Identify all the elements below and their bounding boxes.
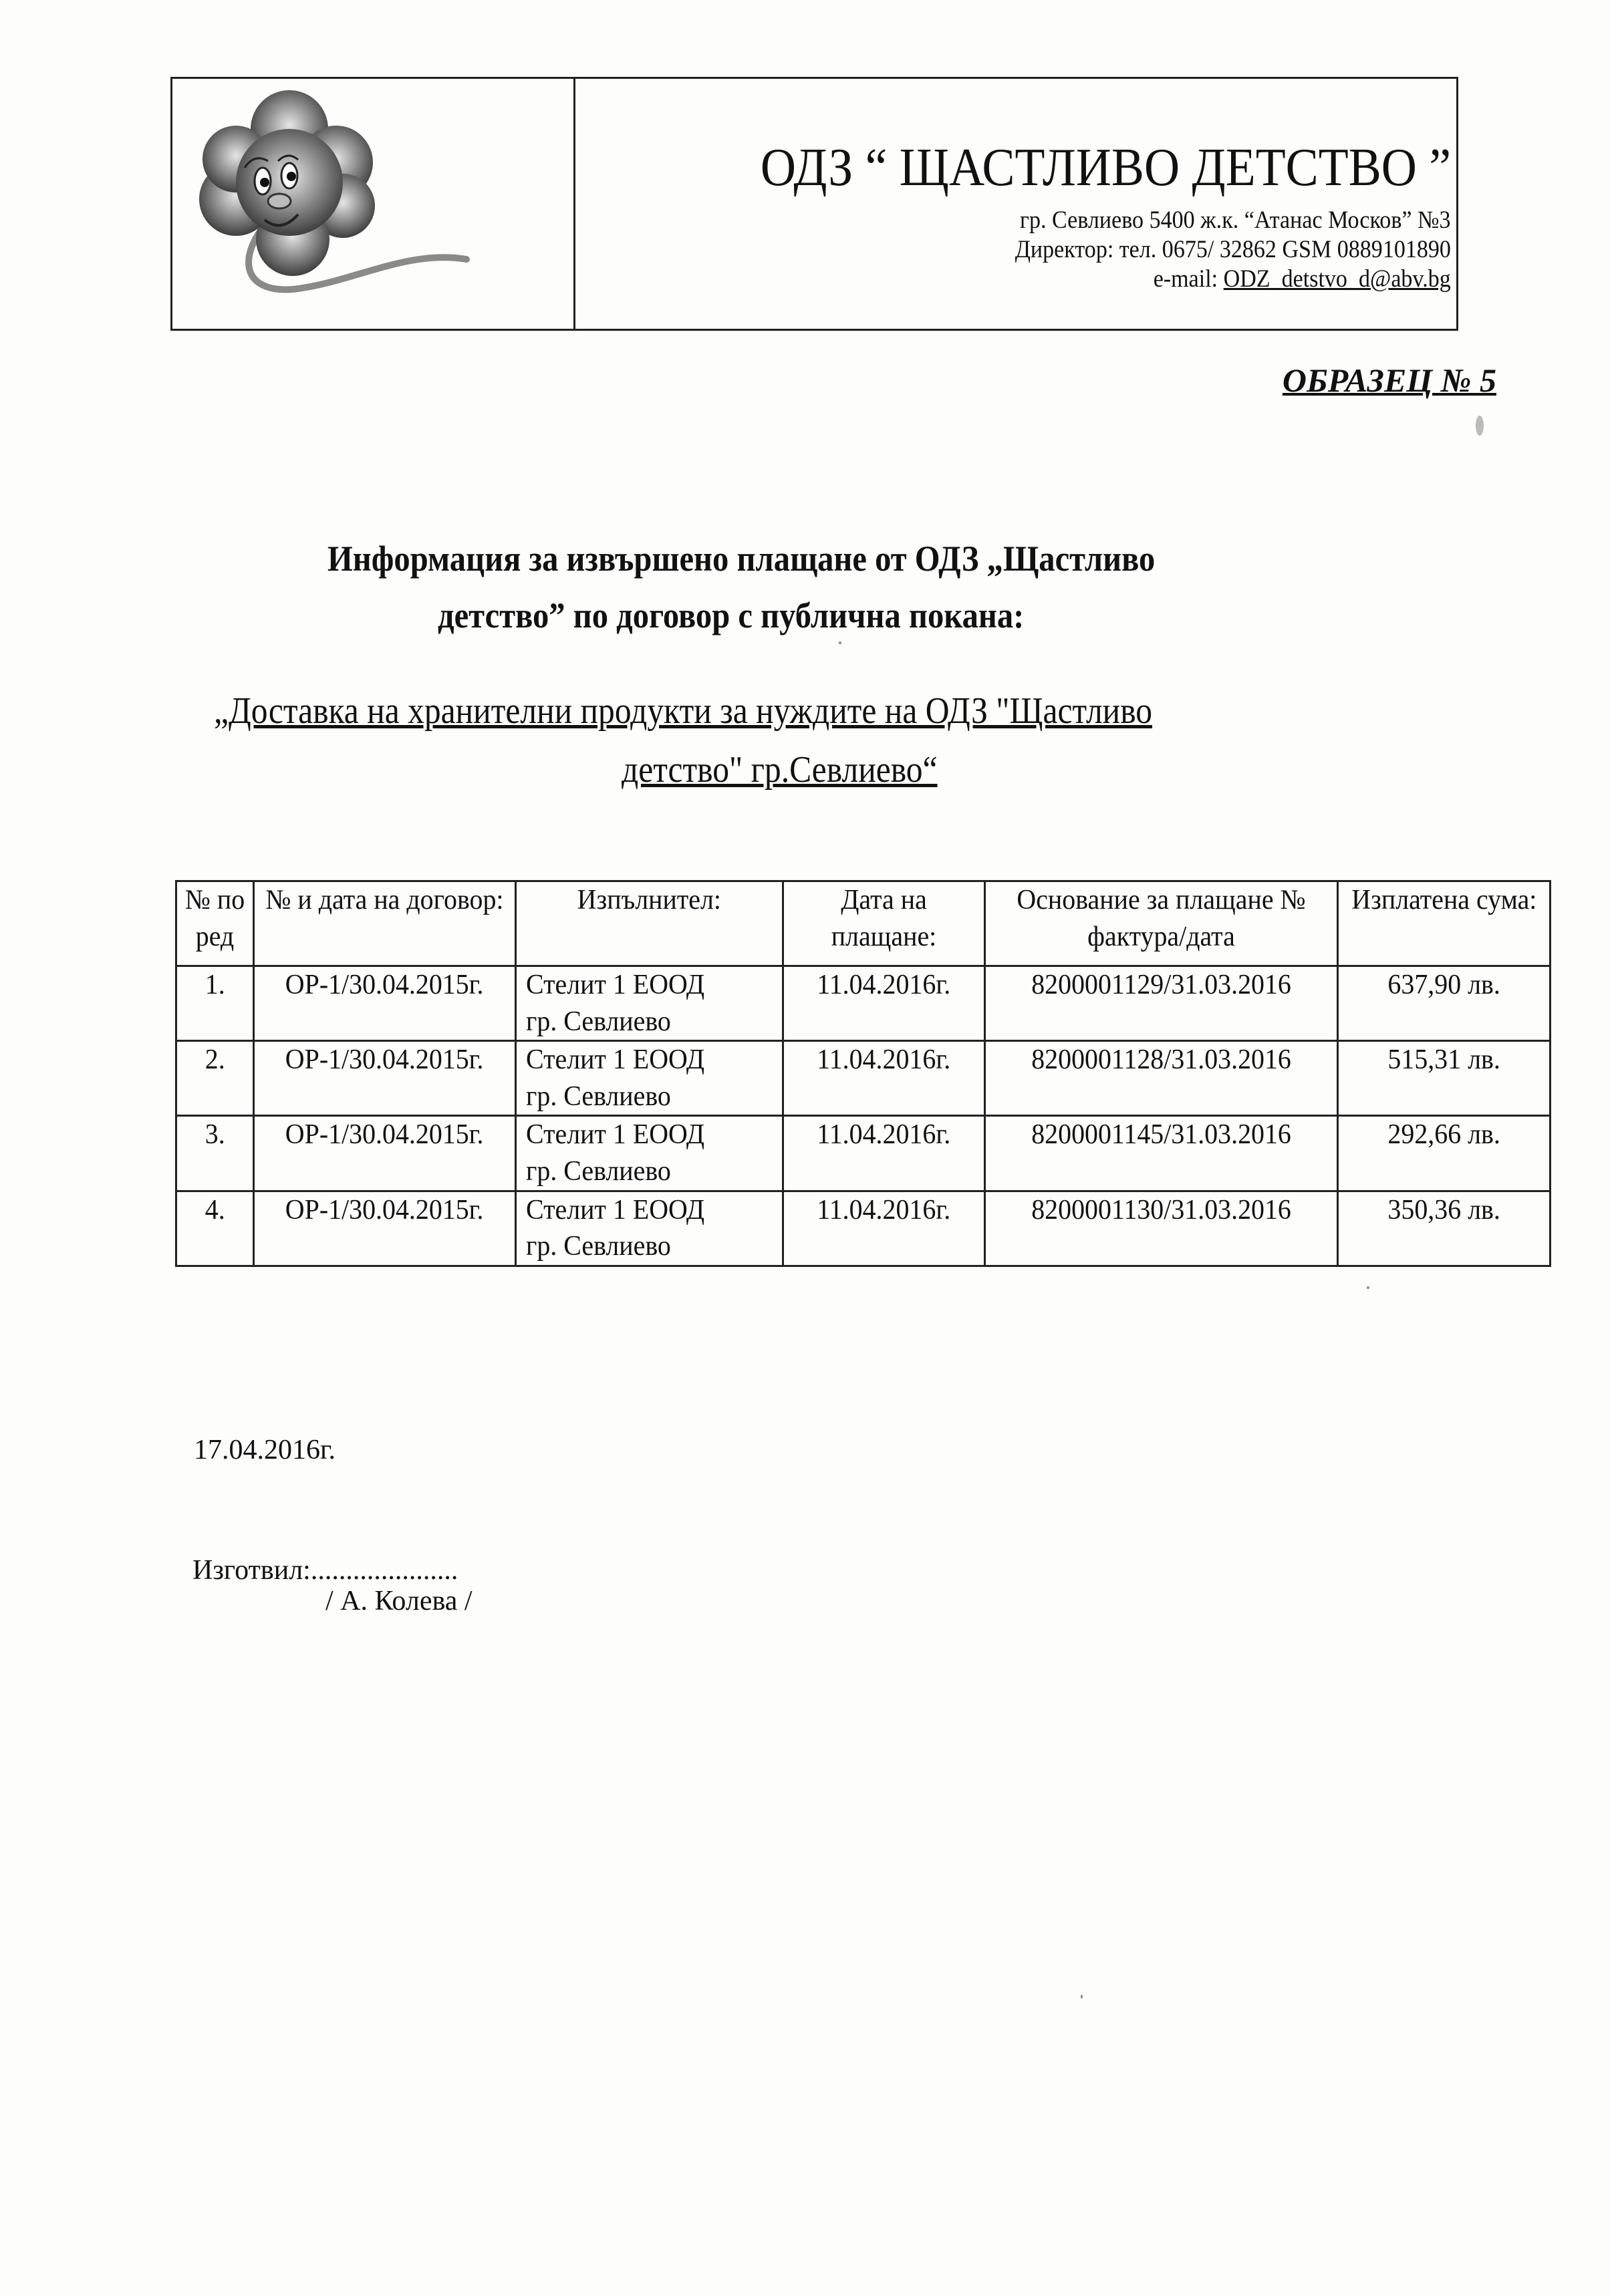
contractor-city: гр. Севлиево xyxy=(526,1004,704,1040)
scan-artifact xyxy=(1367,1286,1369,1289)
table-row: 1.ОР-1/30.04.2015г.Стелит 1 ЕООДгр. Севл… xyxy=(176,966,1551,1041)
document-title-line-2: детство” по договор с публична покана: xyxy=(438,595,1024,636)
prepared-by-label: Изготвил:..................... xyxy=(192,1554,458,1586)
organization-phone: Директор: тел. 0675/ 32862 GSM 088910189… xyxy=(1015,237,1451,262)
cell-payment-date: 11.04.2016г. xyxy=(783,1191,985,1266)
contractor-city: гр. Севлиево xyxy=(526,1079,704,1115)
organization-info: ОДЗ “ ЩАСТЛИВО ДЕТСТВО ” гр. Севлиево 54… xyxy=(575,79,1456,329)
document-date: 17.04.2016г. xyxy=(194,1434,336,1466)
scan-artifact xyxy=(1476,416,1484,436)
smiling-flower-logo-icon xyxy=(179,82,573,329)
email-label: e-mail: xyxy=(1154,265,1224,293)
scan-artifact xyxy=(1081,1995,1083,1999)
preparer-name: / А. Колева / xyxy=(325,1585,473,1617)
cell-contract: ОР-1/30.04.2015г. xyxy=(254,966,516,1041)
cell-payment-date: 11.04.2016г. xyxy=(783,1041,985,1116)
cell-contractor: Стелит 1 ЕООДгр. Севлиево xyxy=(516,966,783,1041)
contractor-name: Стелит 1 ЕООД xyxy=(526,1192,704,1229)
table-header-row: № по ред № и дата на договор: Изпълнител… xyxy=(176,881,1551,966)
cell-contractor: Стелит 1 ЕООДгр. Севлиево xyxy=(516,1116,783,1191)
cell-row-number: 1. xyxy=(176,966,254,1041)
cell-contract: ОР-1/30.04.2015г. xyxy=(254,1116,516,1191)
col-header-amount: Изплатена сума: xyxy=(1338,881,1551,966)
col-header-payment-date: Дата на плащане: xyxy=(783,881,985,966)
cell-contract: ОР-1/30.04.2015г. xyxy=(254,1041,516,1116)
organization-address: гр. Севлиево 5400 ж.к. “Атанас Москов” №… xyxy=(1021,208,1451,233)
cell-invoice: 8200001128/31.03.2016 xyxy=(985,1041,1338,1116)
contractor-city: гр. Севлиево xyxy=(526,1228,704,1265)
col-header-contract: № и дата на договор: xyxy=(254,881,516,966)
table-row: 2.ОР-1/30.04.2015г.Стелит 1 ЕООДгр. Севл… xyxy=(176,1041,1551,1116)
letterhead: ОДЗ “ ЩАСТЛИВО ДЕТСТВО ” гр. Севлиево 54… xyxy=(170,77,1458,331)
cell-row-number: 2. xyxy=(176,1041,254,1116)
cell-row-number: 4. xyxy=(176,1191,254,1266)
sample-number: ОБРАЗЕЦ № 5 xyxy=(1283,361,1496,400)
document-title-line-1: Информация за извършено плащане от ОДЗ „… xyxy=(327,538,1155,579)
scan-artifact xyxy=(839,641,841,644)
cell-contractor: Стелит 1 ЕООДгр. Севлиево xyxy=(516,1191,783,1266)
contract-subject-line-1: „Доставка на хранителни продукти за нужд… xyxy=(214,690,1152,732)
col-header-invoice: Основание за плащане № фактура/дата xyxy=(985,881,1338,966)
cell-contract: ОР-1/30.04.2015г. xyxy=(254,1191,516,1266)
cell-payment-date: 11.04.2016г. xyxy=(783,966,985,1041)
cell-contractor: Стелит 1 ЕООДгр. Севлиево xyxy=(516,1041,783,1116)
payments-table: № по ред № и дата на договор: Изпълнител… xyxy=(175,880,1551,1267)
organization-name: ОДЗ “ ЩАСТЛИВО ДЕТСТВО ” xyxy=(761,141,1451,194)
contract-subject-line-2: детство" гр.Севлиево“ xyxy=(622,748,938,791)
organization-email-line: e-mail: ODZ_detstvo_d@abv.bg xyxy=(1154,267,1451,291)
cell-invoice: 8200001130/31.03.2016 xyxy=(985,1191,1338,1266)
col-header-row-number: № по ред xyxy=(176,881,254,966)
contractor-name: Стелит 1 ЕООД xyxy=(526,1117,704,1153)
contractor-city: гр. Севлиево xyxy=(526,1153,704,1190)
contractor-name: Стелит 1 ЕООД xyxy=(526,1042,704,1079)
col-header-contractor: Изпълнител: xyxy=(516,881,783,966)
email-link[interactable]: ODZ_detstvo_d@abv.bg xyxy=(1224,265,1451,293)
cell-amount: 515,31 лв. xyxy=(1338,1041,1551,1116)
cell-amount: 637,90 лв. xyxy=(1338,966,1551,1041)
table-row: 3.ОР-1/30.04.2015г.Стелит 1 ЕООДгр. Севл… xyxy=(176,1116,1551,1191)
contractor-name: Стелит 1 ЕООД xyxy=(526,967,704,1004)
cell-row-number: 3. xyxy=(176,1116,254,1191)
cell-amount: 292,66 лв. xyxy=(1338,1116,1551,1191)
cell-invoice: 8200001145/31.03.2016 xyxy=(985,1116,1338,1191)
logo-cell xyxy=(172,79,575,329)
cell-amount: 350,36 лв. xyxy=(1338,1191,1551,1266)
table-row: 4.ОР-1/30.04.2015г.Стелит 1 ЕООДгр. Севл… xyxy=(176,1191,1551,1266)
cell-invoice: 8200001129/31.03.2016 xyxy=(985,966,1338,1041)
cell-payment-date: 11.04.2016г. xyxy=(783,1116,985,1191)
